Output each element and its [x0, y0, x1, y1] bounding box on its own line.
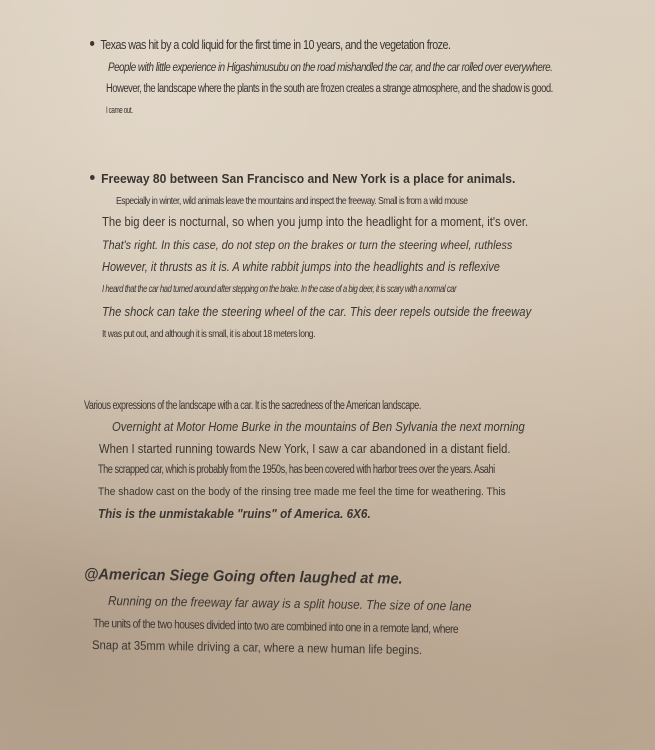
body-line: I heard that the car had turned around a… — [102, 284, 456, 295]
body-line: However, the landscape where the plants … — [106, 83, 553, 95]
body-line: I came out. — [106, 105, 133, 115]
section-heading: Texas was hit by a cold liquid for the f… — [90, 38, 450, 52]
body-line: The scrapped car, which is probably from… — [98, 464, 495, 476]
bullet-icon — [90, 175, 95, 180]
body-line: It was put out, and although it is small… — [102, 328, 315, 340]
body-line: The shadow cast on the body of the rinsi… — [98, 486, 506, 498]
body-line: When I started running towards New York,… — [99, 442, 510, 456]
body-line: Overnight at Motor Home Burke in the mou… — [112, 420, 525, 434]
body-line: The shock can take the steering wheel of… — [102, 305, 531, 319]
body-line: Especially in winter, wild animals leave… — [116, 195, 468, 207]
bullet-icon — [90, 41, 94, 46]
body-line: People with little experience in Higashi… — [108, 60, 552, 74]
body-line: That's right. In this case, do not step … — [102, 238, 512, 252]
body-line: However, it thrusts as it is. A white ra… — [102, 260, 500, 274]
section-heading: Freeway 80 between San Francisco and New… — [90, 171, 515, 186]
section-heading: Various expressions of the landscape wit… — [84, 400, 421, 412]
body-line: The big deer is nocturnal, so when you j… — [102, 215, 528, 229]
body-line: This is the unmistakable "ruins" of Amer… — [98, 506, 371, 521]
